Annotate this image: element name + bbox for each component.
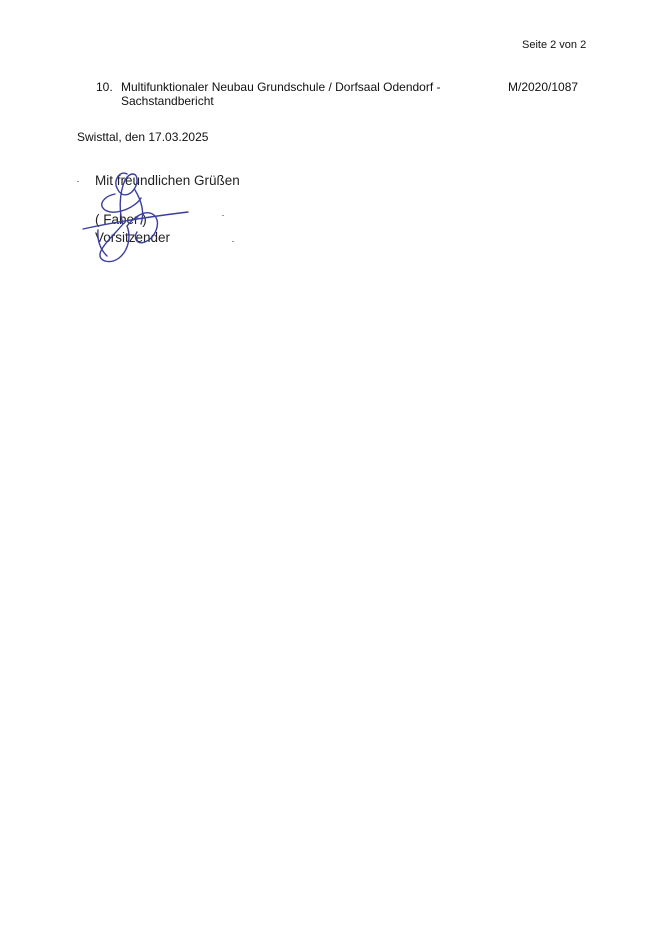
agenda-item-title-line1: Multifunktionaler Neubau Grundschule / D… [121, 80, 441, 94]
agenda-item-title-line2: Sachstandbericht [121, 94, 441, 108]
page-indicator: Seite 2 von 2 [522, 39, 586, 51]
agenda-item-number: 10. [96, 80, 113, 94]
handwritten-signature-icon [75, 150, 215, 270]
scan-speck [222, 215, 224, 216]
agenda-item-reference: M/2020/1087 [508, 80, 578, 94]
scan-speck [232, 241, 234, 242]
agenda-item-title: Multifunktionaler Neubau Grundschule / D… [121, 80, 441, 108]
place-date: Swisttal, den 17.03.2025 [77, 130, 208, 144]
